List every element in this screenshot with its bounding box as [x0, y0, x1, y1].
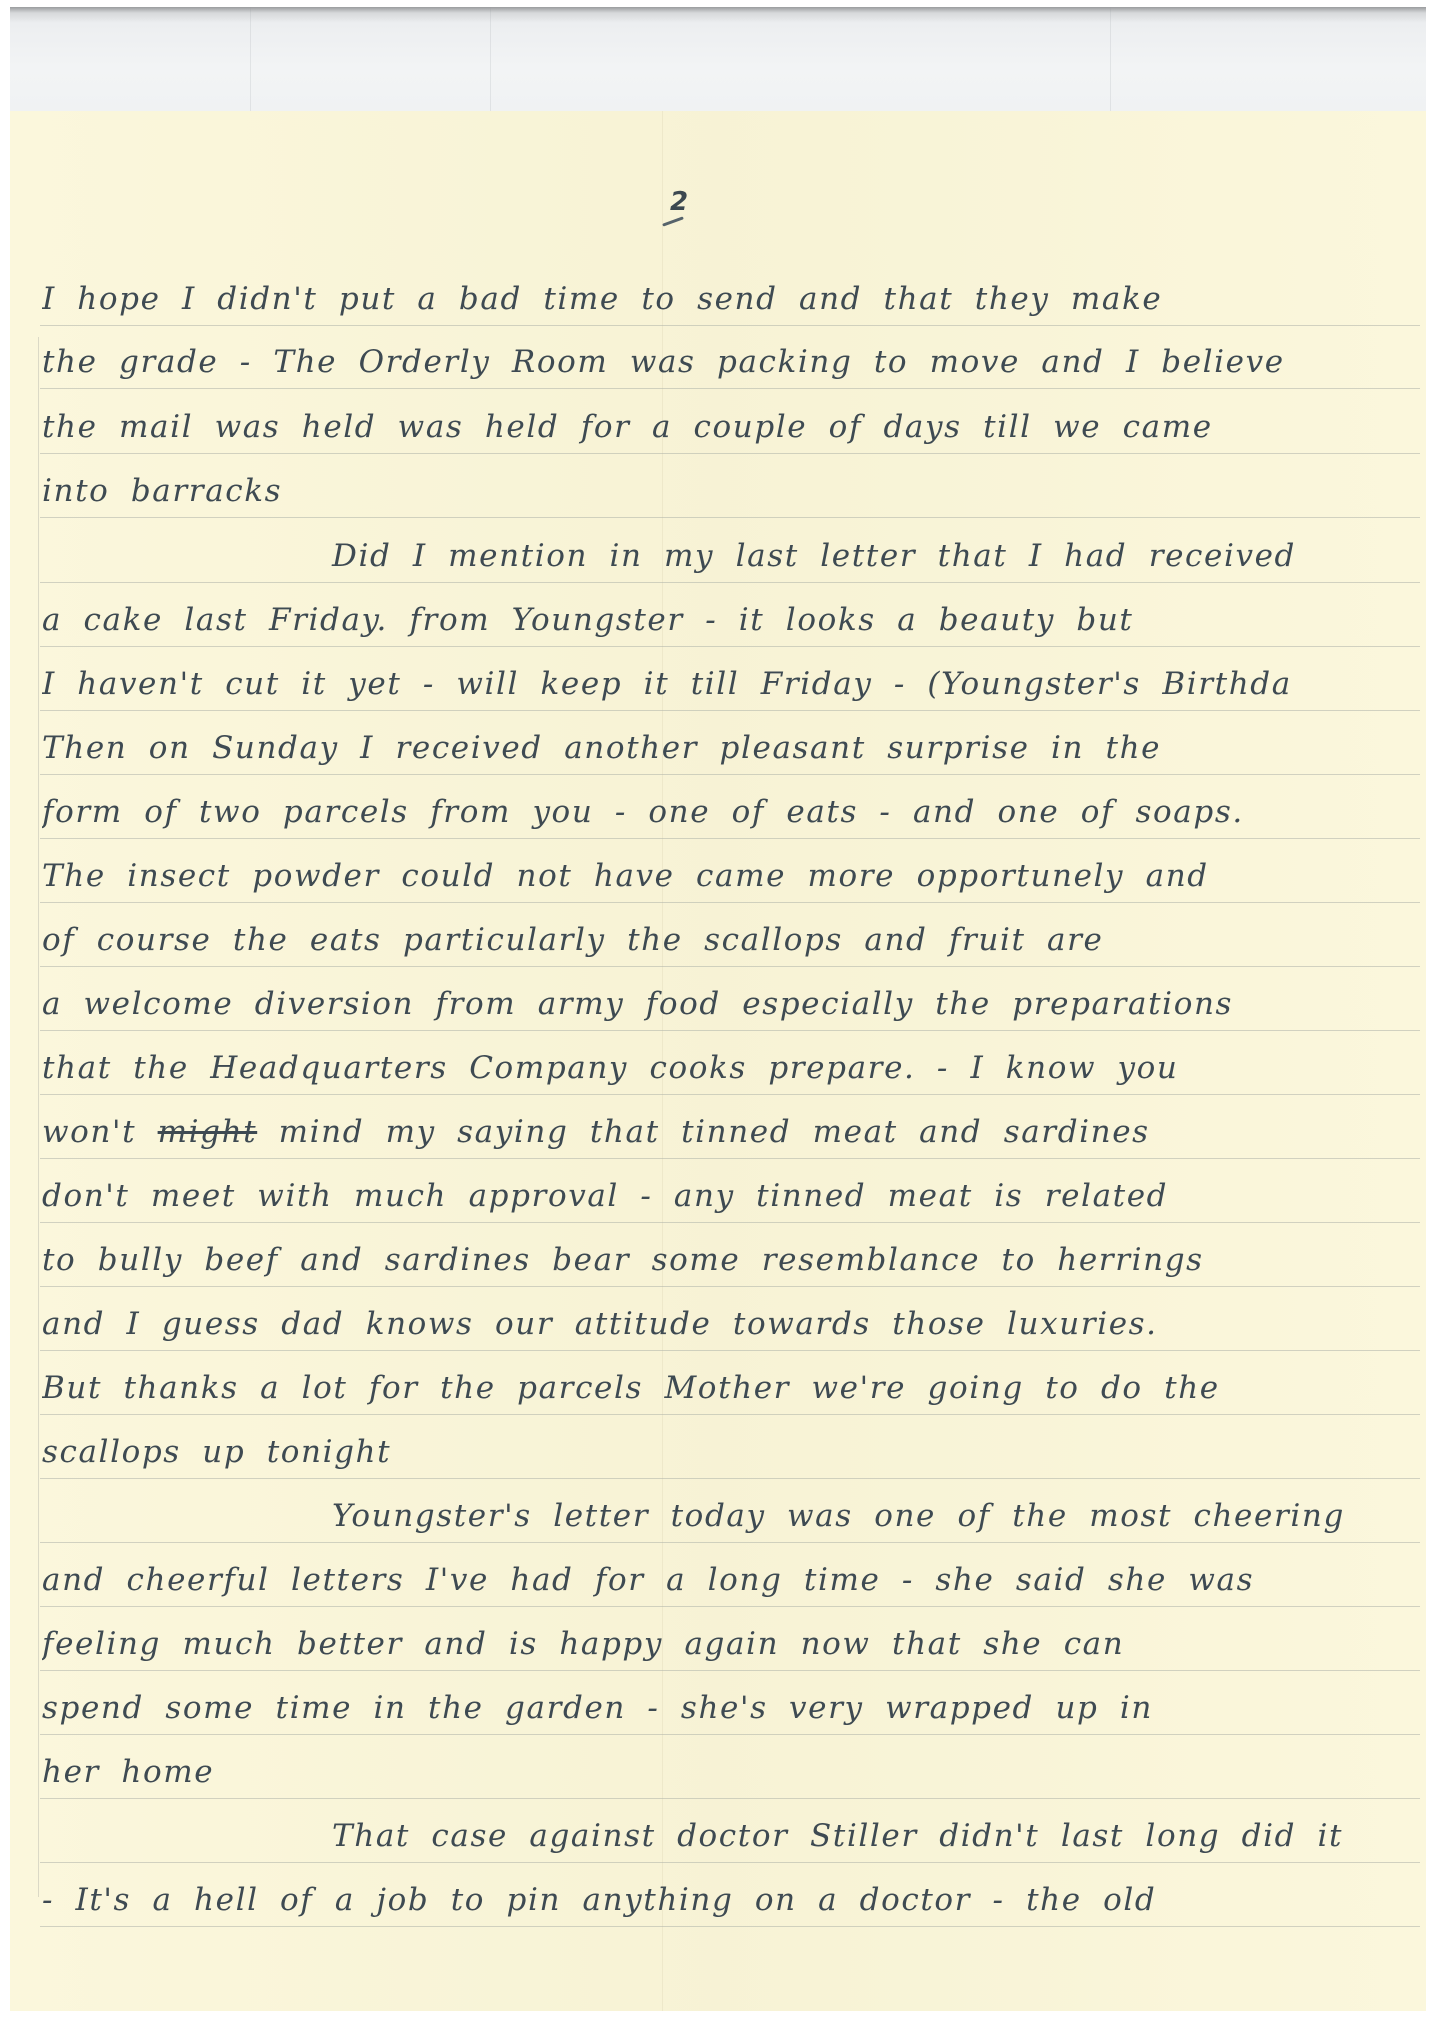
letter-line: Then on Sunday I received another pleasa… — [42, 718, 1422, 778]
letter-line: into barracks — [42, 461, 1422, 521]
scanner-background-band — [10, 7, 1426, 111]
letter-line: of course the eats particularly the scal… — [42, 910, 1422, 970]
line-text: won't — [42, 1114, 158, 1150]
letter-line: feeling much better and is happy again n… — [42, 1614, 1422, 1674]
letter-line: Did I mention in my last letter that I h… — [42, 526, 1422, 586]
letter-line: her home — [42, 1742, 1422, 1802]
letter-line-with-strikethrough: won't might mind my saying that tinned m… — [42, 1102, 1422, 1162]
margin-line — [38, 337, 39, 1897]
letter-line: That case against doctor Stiller didn't … — [42, 1806, 1422, 1866]
letter-line: the mail was held was held for a couple … — [42, 397, 1422, 457]
letter-line: a cake last Friday. from Youngster - it … — [42, 590, 1422, 650]
letter-line: - It's a hell of a job to pin anything o… — [42, 1870, 1422, 1930]
letter-line: and cheerful letters I've had for a long… — [42, 1550, 1422, 1610]
scan-artifact — [490, 7, 491, 111]
struck-word: might — [158, 1114, 258, 1150]
letter-line: form of two parcels from you - one of ea… — [42, 782, 1422, 842]
letter-line: Youngster's letter today was one of the … — [42, 1486, 1422, 1546]
letter-line: scallops up tonight — [42, 1422, 1422, 1482]
letter-line: I hope I didn't put a bad time to send a… — [42, 269, 1422, 329]
letter-line: the grade - The Orderly Room was packing… — [42, 332, 1422, 392]
letter-line: that the Headquarters Company cooks prep… — [42, 1038, 1422, 1098]
page-number: 2 — [670, 187, 688, 217]
letter-line: a welcome diversion from army food espec… — [42, 974, 1422, 1034]
letter-line: don't meet with much approval - any tinn… — [42, 1166, 1422, 1226]
letter-line: and I guess dad knows our attitude towar… — [42, 1294, 1422, 1354]
scan-artifact — [1110, 7, 1111, 111]
letter-line: I haven't cut it yet - will keep it till… — [42, 654, 1422, 714]
letter-line: The insect powder could not have came mo… — [42, 846, 1422, 906]
letter-line: to bully beef and sardines bear some res… — [42, 1230, 1422, 1290]
line-text: mind my saying that tinned meat and sard… — [257, 1114, 1150, 1150]
letter-line: spend some time in the garden - she's ve… — [42, 1678, 1422, 1738]
scan-artifact — [250, 7, 251, 111]
letter-line: But thanks a lot for the parcels Mother … — [42, 1358, 1422, 1418]
scanned-page: 2 I hope I didn't put a bad time to send… — [10, 7, 1426, 2011]
scan-bottom-margin — [0, 2011, 1433, 2023]
